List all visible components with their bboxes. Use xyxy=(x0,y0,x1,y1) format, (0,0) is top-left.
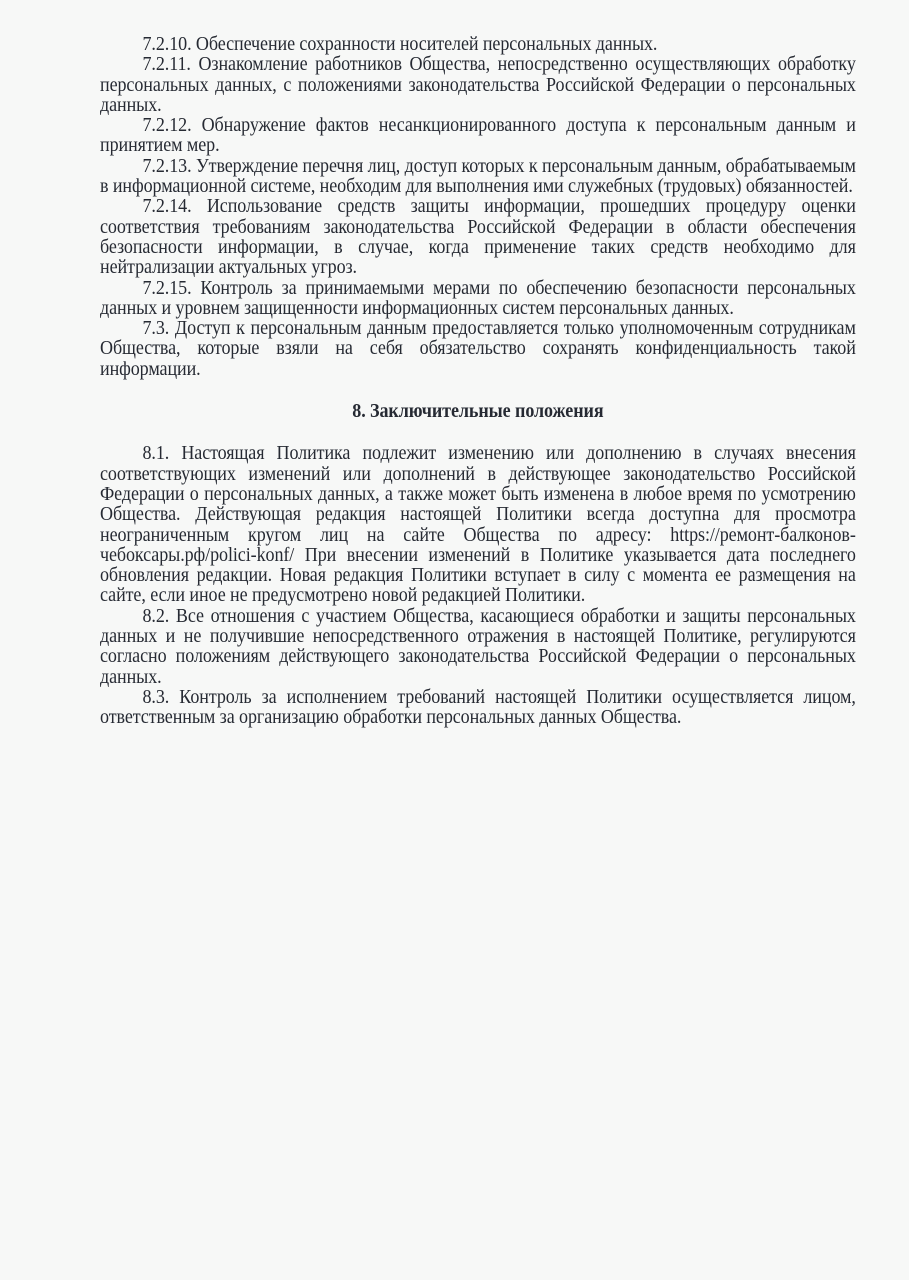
clause-number: 7.2.13. xyxy=(142,155,191,177)
clause-number: 7.2.12. xyxy=(142,114,191,136)
clause-number: 8.3. xyxy=(142,686,169,708)
clause-8-2: 8.2. Все отношения с участием Общества, … xyxy=(100,606,856,687)
clause-text: Доступ к персональным данным предоставля… xyxy=(100,317,856,380)
clause-text: Утверждение перечня лиц, доступ которых … xyxy=(100,155,856,197)
clause-text: Все отношения с участием Общества, касаю… xyxy=(100,605,856,688)
clause-7-2-12: 7.2.12. Обнаружение фактов несанкциониро… xyxy=(100,115,856,156)
clause-number: 8.2. xyxy=(142,605,169,627)
clause-number: 7.2.10. xyxy=(142,33,191,55)
clause-number: 7.2.15. xyxy=(142,277,191,299)
clause-7-2-15: 7.2.15. Контроль за принимаемыми мерами … xyxy=(100,278,856,319)
clause-number: 7.2.11. xyxy=(142,53,190,75)
clause-text: Контроль за исполнением требований насто… xyxy=(100,686,856,728)
clause-number: 7.3. xyxy=(142,317,169,339)
clause-7-2-13: 7.2.13. Утверждение перечня лиц, доступ … xyxy=(100,156,856,197)
document-page: 7.2.10. Обеспечение сохранности носителе… xyxy=(100,34,856,728)
clause-text: Контроль за принимаемыми мерами по обесп… xyxy=(100,277,856,319)
clause-7-2-10: 7.2.10. Обеспечение сохранности носителе… xyxy=(100,34,856,54)
clause-7-3: 7.3. Доступ к персональным данным предос… xyxy=(100,318,856,379)
clause-8-3: 8.3. Контроль за исполнением требований … xyxy=(100,687,856,728)
clause-text: Обеспечение сохранности носителей персон… xyxy=(196,33,657,55)
clause-7-2-14: 7.2.14. Использование средств защиты инф… xyxy=(100,196,856,277)
clause-7-2-11: 7.2.11. Ознакомление работников Общества… xyxy=(100,54,856,115)
clause-text: Ознакомление работников Общества, непоср… xyxy=(100,53,856,116)
clause-text: Обнаружение фактов несанкционированного … xyxy=(100,114,856,156)
clause-8-1: 8.1. Настоящая Политика подлежит изменен… xyxy=(100,443,856,605)
clause-text: Использование средств защиты информации,… xyxy=(100,195,856,278)
clause-number: 7.2.14. xyxy=(142,195,191,217)
clause-number: 8.1. xyxy=(142,442,169,464)
section-8-heading: 8. Заключительные положения xyxy=(100,401,856,421)
